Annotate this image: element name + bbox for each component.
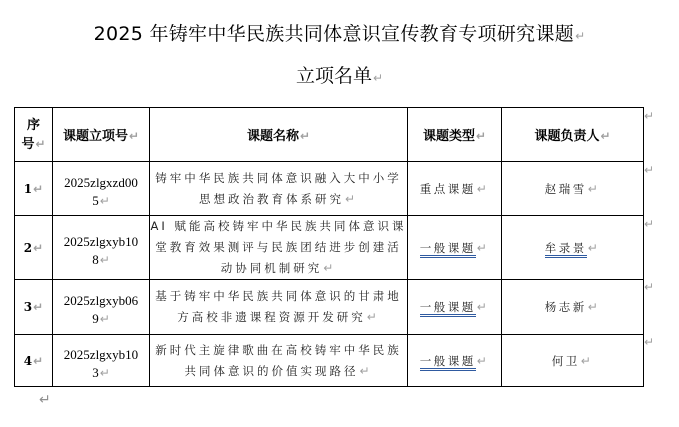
table-header-row: 序 号↵ 课题立项号↵ 课题名称↵ 课题类型↵ 课题负责人↵ [15,108,644,162]
person-text: 牟录景 [545,241,587,258]
paragraph-mark-icon: ↵ [100,366,110,380]
paragraph-mark-icon: ↵ [300,129,310,143]
cell-code: 2025zlgxyb069↵ [53,280,150,335]
cell-seq: 3↵ [15,280,53,335]
header-seq: 序 号↵ [15,108,53,162]
document-title-line1: 2025 年铸牢中华民族共同体意识宣传教育专项研究课题↵ [0,20,679,50]
cell-type: 重点课题↵ [408,162,502,216]
cell-person: 杨志新↵ [502,280,644,335]
cell-seq: 4↵ [15,335,53,387]
cell-name: 新时代主旋律歌曲在高校铸牢中华民族共同体意识的价值实现路径↵ [150,335,408,387]
paragraph-mark-icon: ↵ [33,300,43,314]
paragraph-mark-icon: ↵ [477,300,490,314]
cell-person: 牟录景↵ [502,216,644,280]
header-code: 课题立项号↵ [53,108,150,162]
paragraph-mark-icon: ↵ [39,392,51,408]
paragraph-mark-icon: ↵ [600,129,610,143]
cell-name: AI 赋能高校铸牢中华民族共同体意识课堂教育效果测评与民族团结进步创建活动协同机… [150,216,408,280]
header-person-text: 课题负责人 [534,129,599,144]
paragraph-mark-icon: ↵ [35,137,45,151]
cell-name: 铸牢中华民族共同体意识融入大中小学思想政治教育体系研究↵ [150,162,408,216]
paragraph-mark-icon: ↵ [476,129,486,143]
table-row: 4↵ 2025zlgxyb103↵ 新时代主旋律歌曲在高校铸牢中华民族共同体意识… [15,335,644,387]
paragraph-mark-icon: ↵ [359,364,372,378]
cell-code: 2025zlgxyb108↵ [53,216,150,280]
project-table: 序 号↵ 课题立项号↵ 课题名称↵ 课题类型↵ 课题负责人↵ 1↵ 2025zl… [14,107,644,387]
table-row: 2↵ 2025zlgxyb108↵ AI 赋能高校铸牢中华民族共同体意识课堂教育… [15,216,644,280]
paragraph-mark-icon: ↵ [477,241,490,255]
paragraph-mark-icon: ↵ [367,310,380,324]
seq-text: 1 [24,182,32,196]
paragraph-mark-icon: ↵ [33,241,43,255]
cell-seq: 1↵ [15,162,53,216]
paragraph-mark-icon: ↵ [129,129,139,143]
paragraph-mark-icon: ↵ [581,354,594,368]
title-text: 2025 年铸牢中华民族共同体意识宣传教育专项研究课题 [94,23,575,45]
cell-code: 2025zlgxyb103↵ [53,335,150,387]
table-row: 1↵ 2025zlgxzd005↵ 铸牢中华民族共同体意识融入大中小学思想政治教… [15,162,644,216]
header-type-text: 课题类型 [423,129,475,144]
subtitle-text: 立项名单 [296,65,372,87]
name-text: 基于铸牢中华民族共同体意识的甘肃地方高校非遗课程资源开发研究 [155,289,402,324]
header-code-text: 课题立项号 [63,129,128,144]
paragraph-mark-icon: ↵ [575,29,585,43]
paragraph-mark-icon: ↵ [100,194,110,208]
header-person: 课题负责人↵ [502,108,644,162]
cell-type: 一般课题↵ [408,335,502,387]
paragraph-mark-icon: ↵ [477,354,490,368]
person-text: 杨志新 [545,300,587,314]
cell-name: 基于铸牢中华民族共同体意识的甘肃地方高校非遗课程资源开发研究↵ [150,280,408,335]
row-end-mark-icon: ↵ [644,163,654,177]
paragraph-mark-icon: ↵ [33,182,43,196]
paragraph-mark-icon: ↵ [588,300,601,314]
cell-seq: 2↵ [15,216,53,280]
row-end-mark-icon: ↵ [644,217,654,231]
document-title-line2: 立项名单↵ [0,62,679,92]
header-type: 课题类型↵ [408,108,502,162]
paragraph-mark-icon: ↵ [373,71,383,85]
cell-person: 赵瑞雪↵ [502,162,644,216]
row-end-mark-icon: ↵ [644,109,654,123]
seq-text: 3 [24,300,32,314]
seq-text: 4 [24,354,32,368]
paragraph-mark-icon: ↵ [323,261,336,275]
paragraph-mark-icon: ↵ [345,192,358,206]
cell-code: 2025zlgxzd005↵ [53,162,150,216]
paragraph-mark-icon: ↵ [588,182,601,196]
cell-type: 一般课题↵ [408,280,502,335]
cell-person: 何卫↵ [502,335,644,387]
row-end-mark-icon: ↵ [644,280,654,294]
paragraph-mark-icon: ↵ [477,182,490,196]
type-text: 重点课题 [420,182,476,196]
type-text: 一般课题 [420,354,476,371]
header-name: 课题名称↵ [150,108,408,162]
paragraph-mark-icon: ↵ [100,253,110,267]
header-seq-line2: 号 [21,137,34,152]
row-end-mark-icon: ↵ [644,335,654,349]
header-name-text: 课题名称 [247,129,299,144]
type-text: 一般课题 [420,300,476,317]
name-text: AI 赋能高校铸牢中华民族共同体意识课堂教育效果测评与民族团结进步创建活动协同机… [151,219,407,275]
person-text: 赵瑞雪 [545,182,587,196]
name-text: 铸牢中华民族共同体意识融入大中小学思想政治教育体系研究 [155,171,402,206]
table-row: 3↵ 2025zlgxyb069↵ 基于铸牢中华民族共同体意识的甘肃地方高校非遗… [15,280,644,335]
paragraph-mark-icon: ↵ [33,354,43,368]
cell-type: 一般课题↵ [408,216,502,280]
paragraph-mark-icon: ↵ [588,241,601,255]
seq-text: 2 [24,241,32,255]
header-seq-line1: 序 [27,118,40,133]
person-text: 何卫 [552,354,580,368]
paragraph-mark-icon: ↵ [100,312,110,326]
type-text: 一般课题 [420,241,476,258]
